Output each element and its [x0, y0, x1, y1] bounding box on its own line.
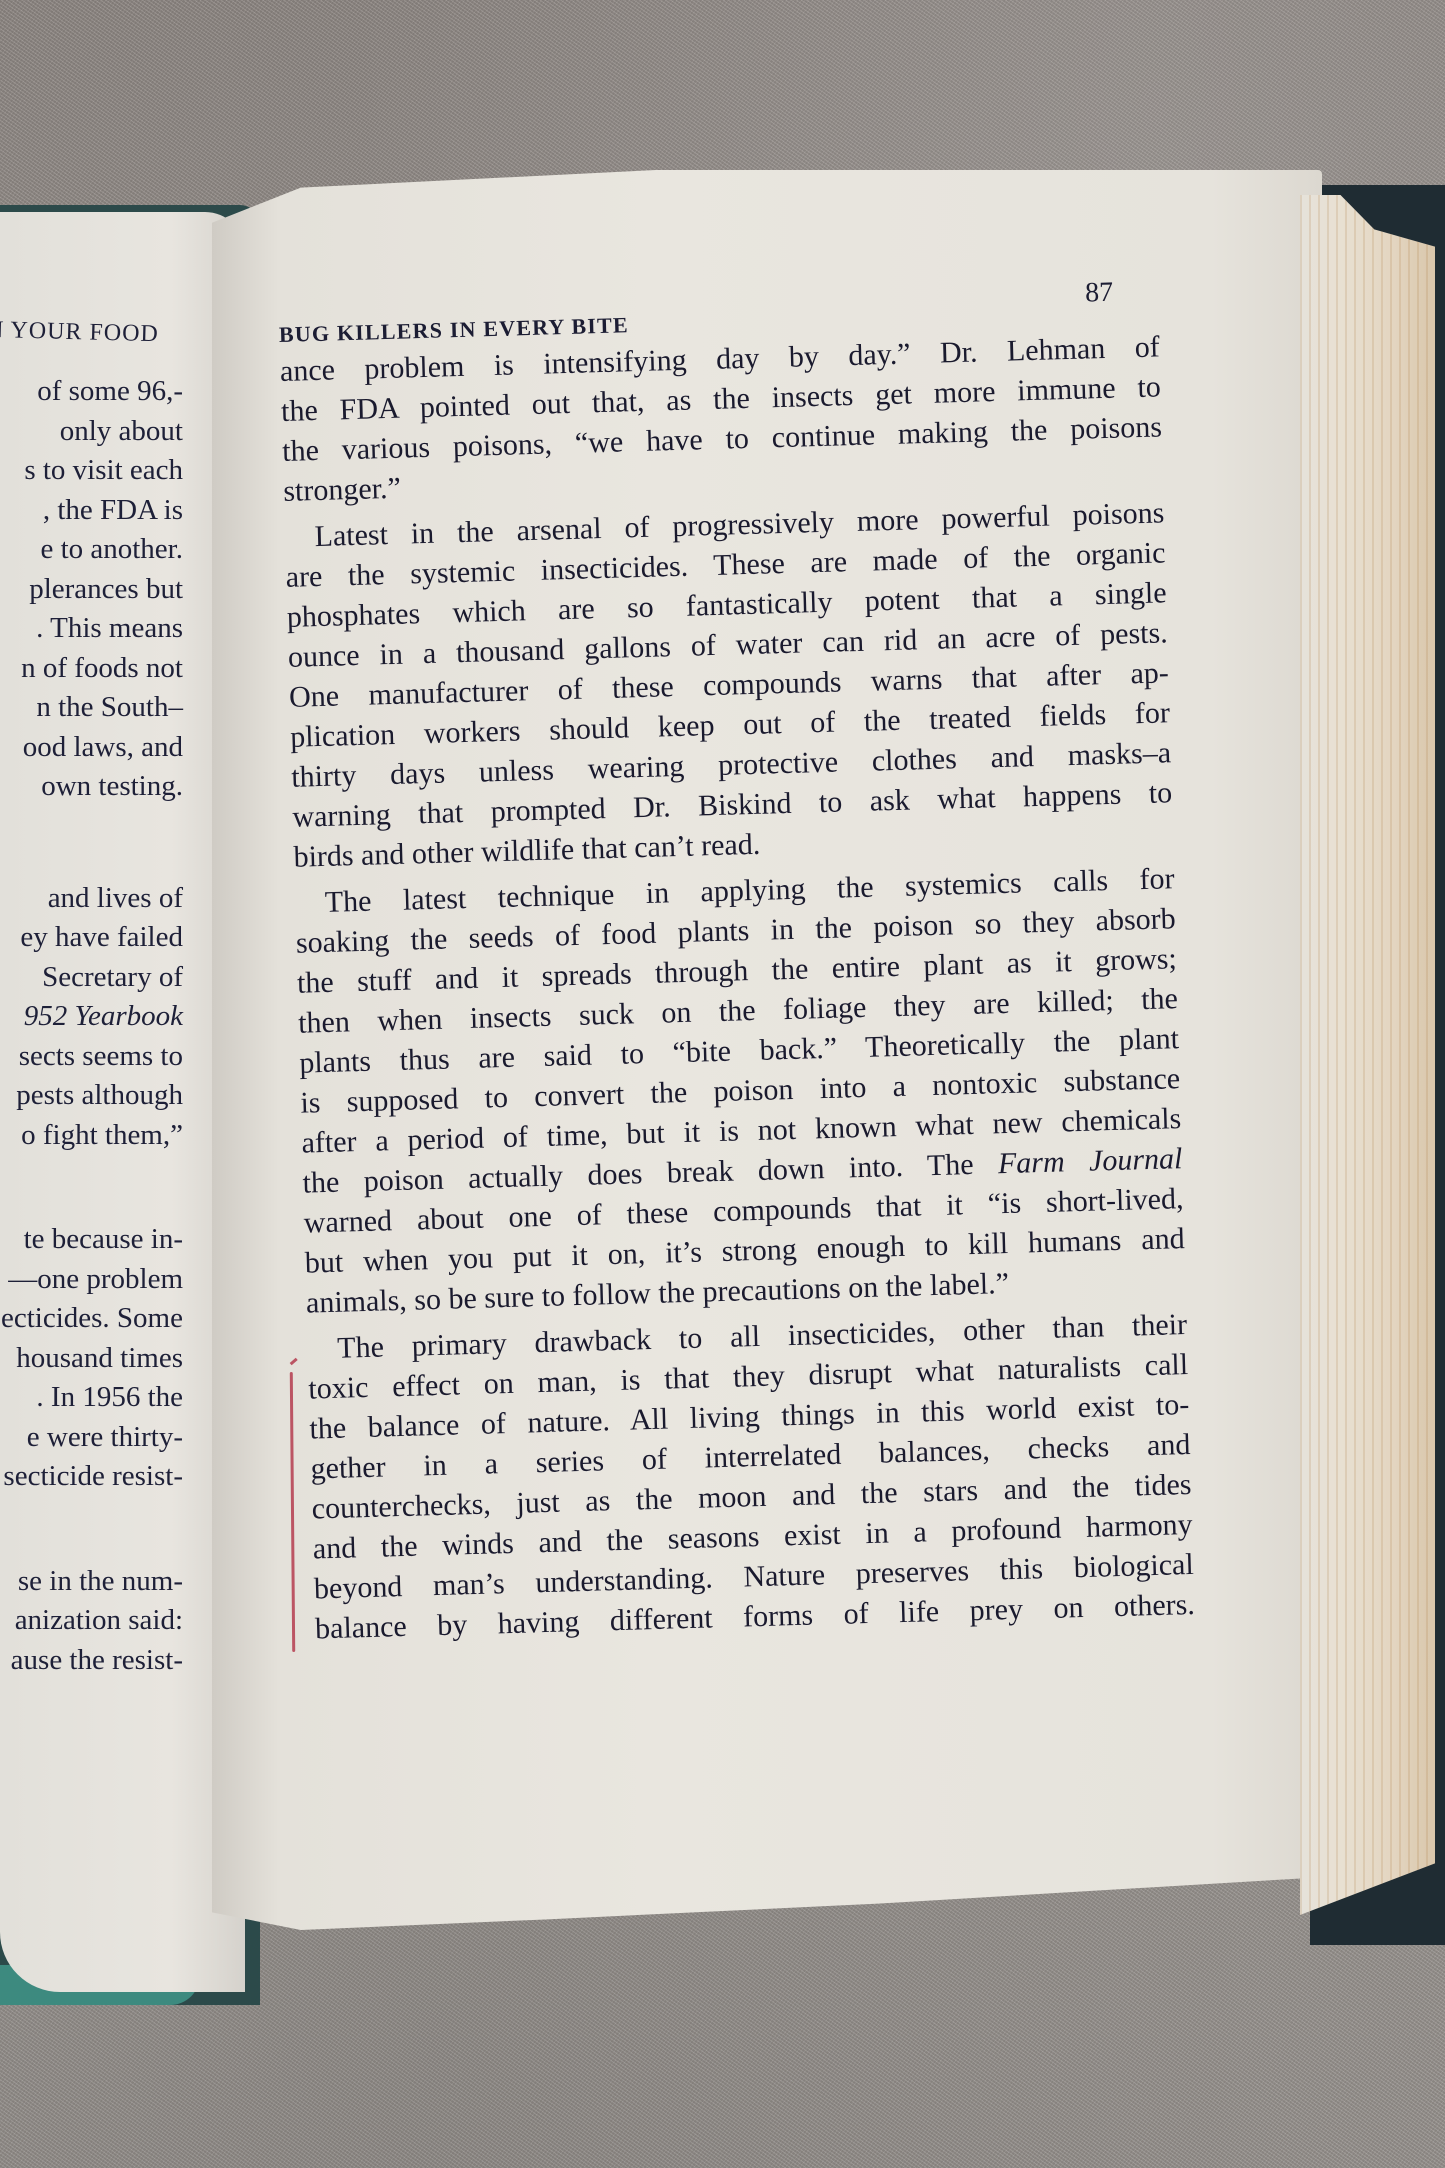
- text-line: sects seems to: [1, 1037, 183, 1077]
- text-line: anization said:: [1, 1601, 183, 1641]
- text-line: ecticides. Some: [1, 1299, 183, 1339]
- text-line: s to visit each: [1, 451, 183, 491]
- left-page-text: of some 96,- only about s to visit each …: [1, 372, 183, 1680]
- text-line: ey have failed: [1, 918, 183, 958]
- text-line: n the South–: [1, 688, 183, 728]
- text-line: te because in-: [1, 1220, 183, 1260]
- text-line: housand times: [1, 1339, 183, 1379]
- section-gap: [1, 807, 183, 879]
- text-line: 952 Yearbook: [1, 997, 183, 1037]
- text-line: ood laws, and: [1, 728, 183, 768]
- running-head-title: BUG KILLERS IN EVERY BITE: [279, 312, 630, 348]
- italic-title: 952 Yearbook: [24, 1000, 183, 1032]
- paragraph-3: The latest technique in applying the sys…: [294, 859, 1186, 1323]
- paragraph-1: ance problem is intensifying day by day.…: [279, 327, 1163, 512]
- text-line: se in the num-: [1, 1562, 183, 1602]
- paragraph-2: Latest in the arsenal of progressively m…: [284, 493, 1174, 877]
- text-line: ause the resist-: [1, 1641, 183, 1681]
- left-page: N YOUR FOOD of some 96,- only about s to…: [0, 212, 245, 1992]
- text-line: —one problem: [1, 1260, 183, 1300]
- right-page-text: BUG KILLERS IN EVERY BITE 87 ance proble…: [278, 275, 1195, 1649]
- section-gap: [1, 1155, 183, 1220]
- text-line: e were thirty-: [1, 1418, 183, 1458]
- page-fore-edge: [1300, 195, 1435, 1915]
- section-gap: [1, 1497, 183, 1562]
- text-line: , the FDA is: [1, 491, 183, 531]
- text-line: e to another.: [1, 530, 183, 570]
- text-line: only about: [1, 412, 183, 452]
- text-line: . This means: [1, 609, 183, 649]
- text-line: . In 1956 the: [1, 1378, 183, 1418]
- text-line: n of foods not: [1, 649, 183, 689]
- text-line: own testing.: [1, 767, 183, 807]
- text-line: of some 96,-: [1, 372, 183, 412]
- page-number: 87: [1085, 277, 1114, 310]
- text-line: Secretary of: [1, 958, 183, 998]
- text-line: and lives of: [1, 879, 183, 919]
- italic-title: Farm Journal: [998, 1142, 1183, 1180]
- text-line: pests although: [1, 1076, 183, 1116]
- paragraph-4: The primary drawback to all insecticides…: [307, 1305, 1196, 1649]
- text-line: plerances but: [1, 570, 183, 610]
- text-line: secticide resist-: [1, 1457, 183, 1497]
- left-running-head: N YOUR FOOD: [0, 317, 159, 349]
- text-line: o fight them,”: [1, 1116, 183, 1156]
